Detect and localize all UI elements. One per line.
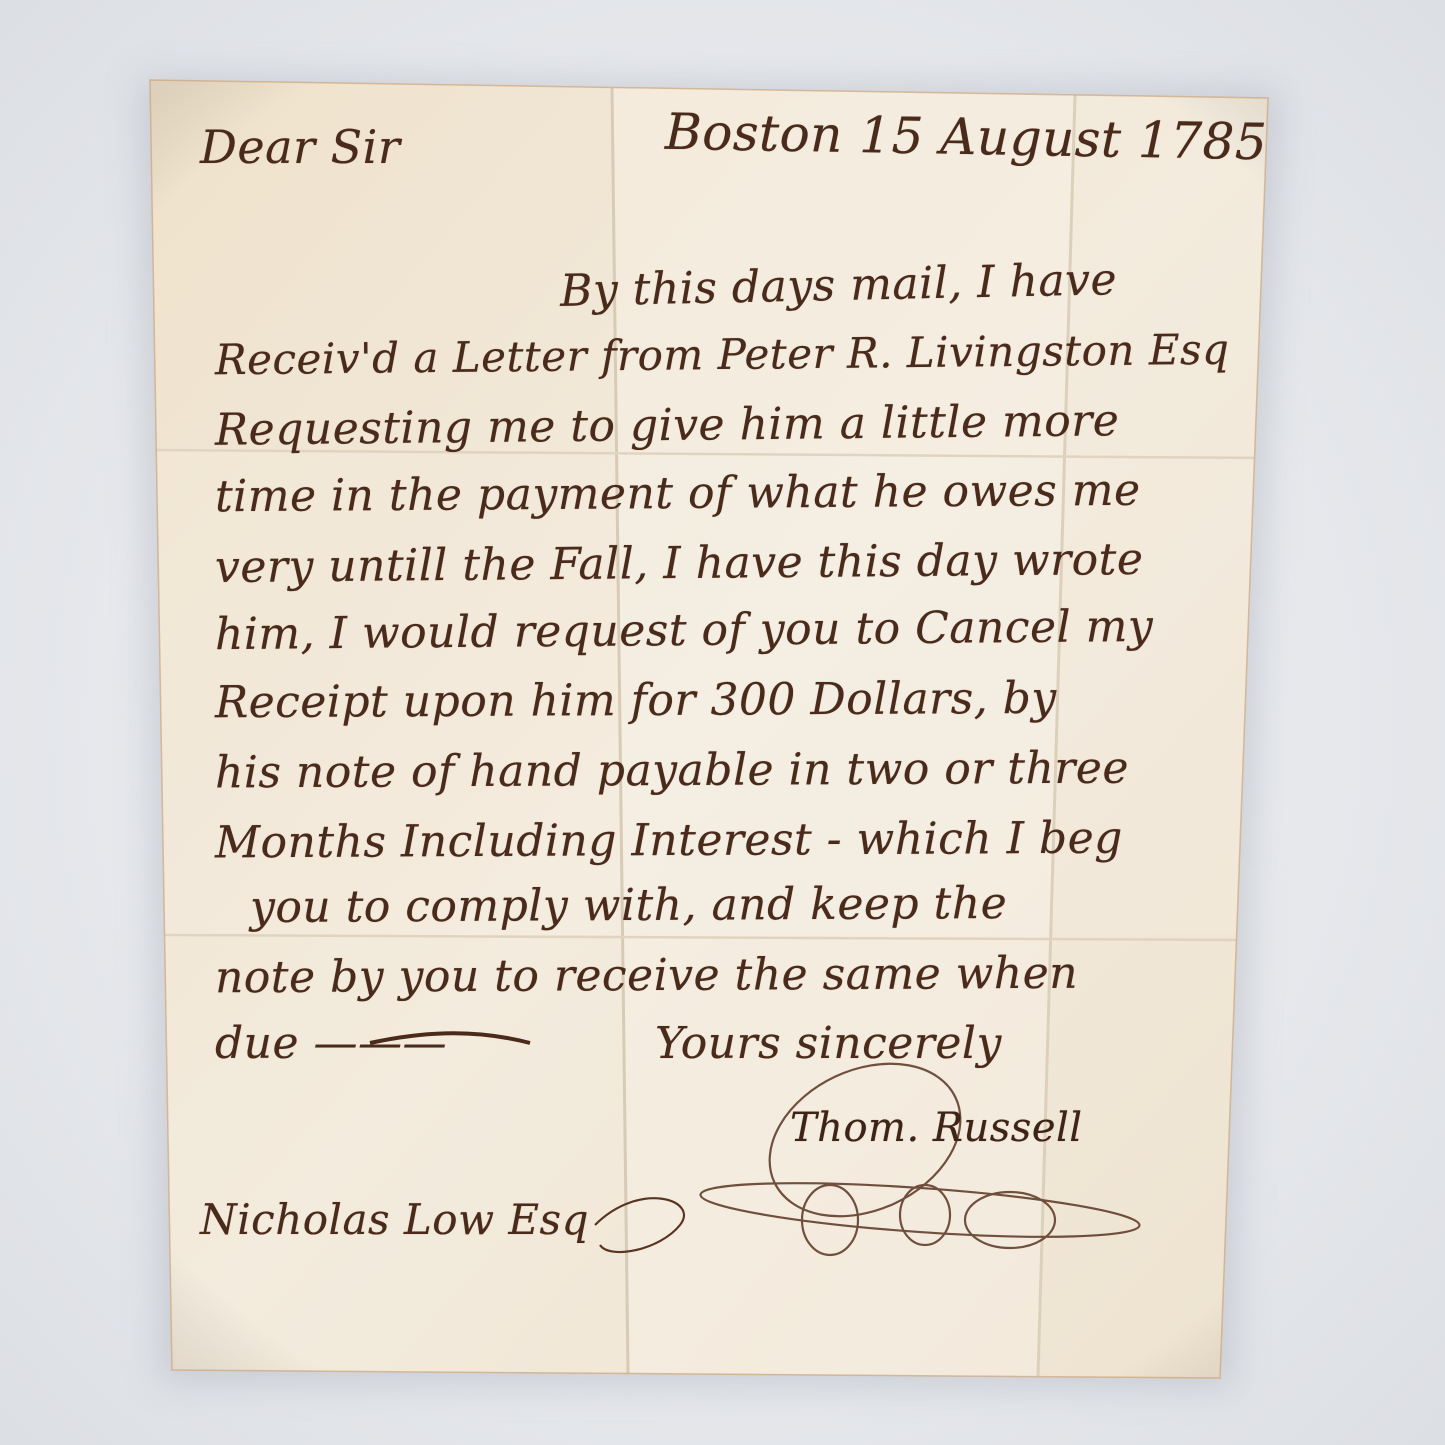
signature: Thom. Russell	[790, 1105, 1083, 1151]
body-line-5: very untill the Fall, I have this day wr…	[215, 534, 1144, 593]
body-line-8: his note of hand payable in two or three	[215, 743, 1129, 799]
dateline: Boston 15 August 1785	[665, 103, 1268, 172]
body-line-10: you to comply with, and keep the	[250, 878, 1007, 933]
salutation: Dear Sir	[200, 120, 400, 174]
body-line-3: Requesting me to give him a little more	[215, 395, 1120, 455]
body-line-12: due ———	[215, 1018, 447, 1069]
closing: Yours sincerely	[655, 1018, 1002, 1069]
addressee: Nicholas Low Esq	[200, 1195, 589, 1244]
body-line-11: note by you to receive the same when	[215, 948, 1078, 1004]
body-line-4: time in the payment of what he owes me	[215, 465, 1141, 522]
body-line-7: Receipt upon him for 300 Dollars, by	[215, 673, 1057, 728]
body-line-6: him, I would request of you to Cancel my	[215, 601, 1154, 660]
body-line-9: Months Including Interest - which I beg	[215, 813, 1123, 869]
